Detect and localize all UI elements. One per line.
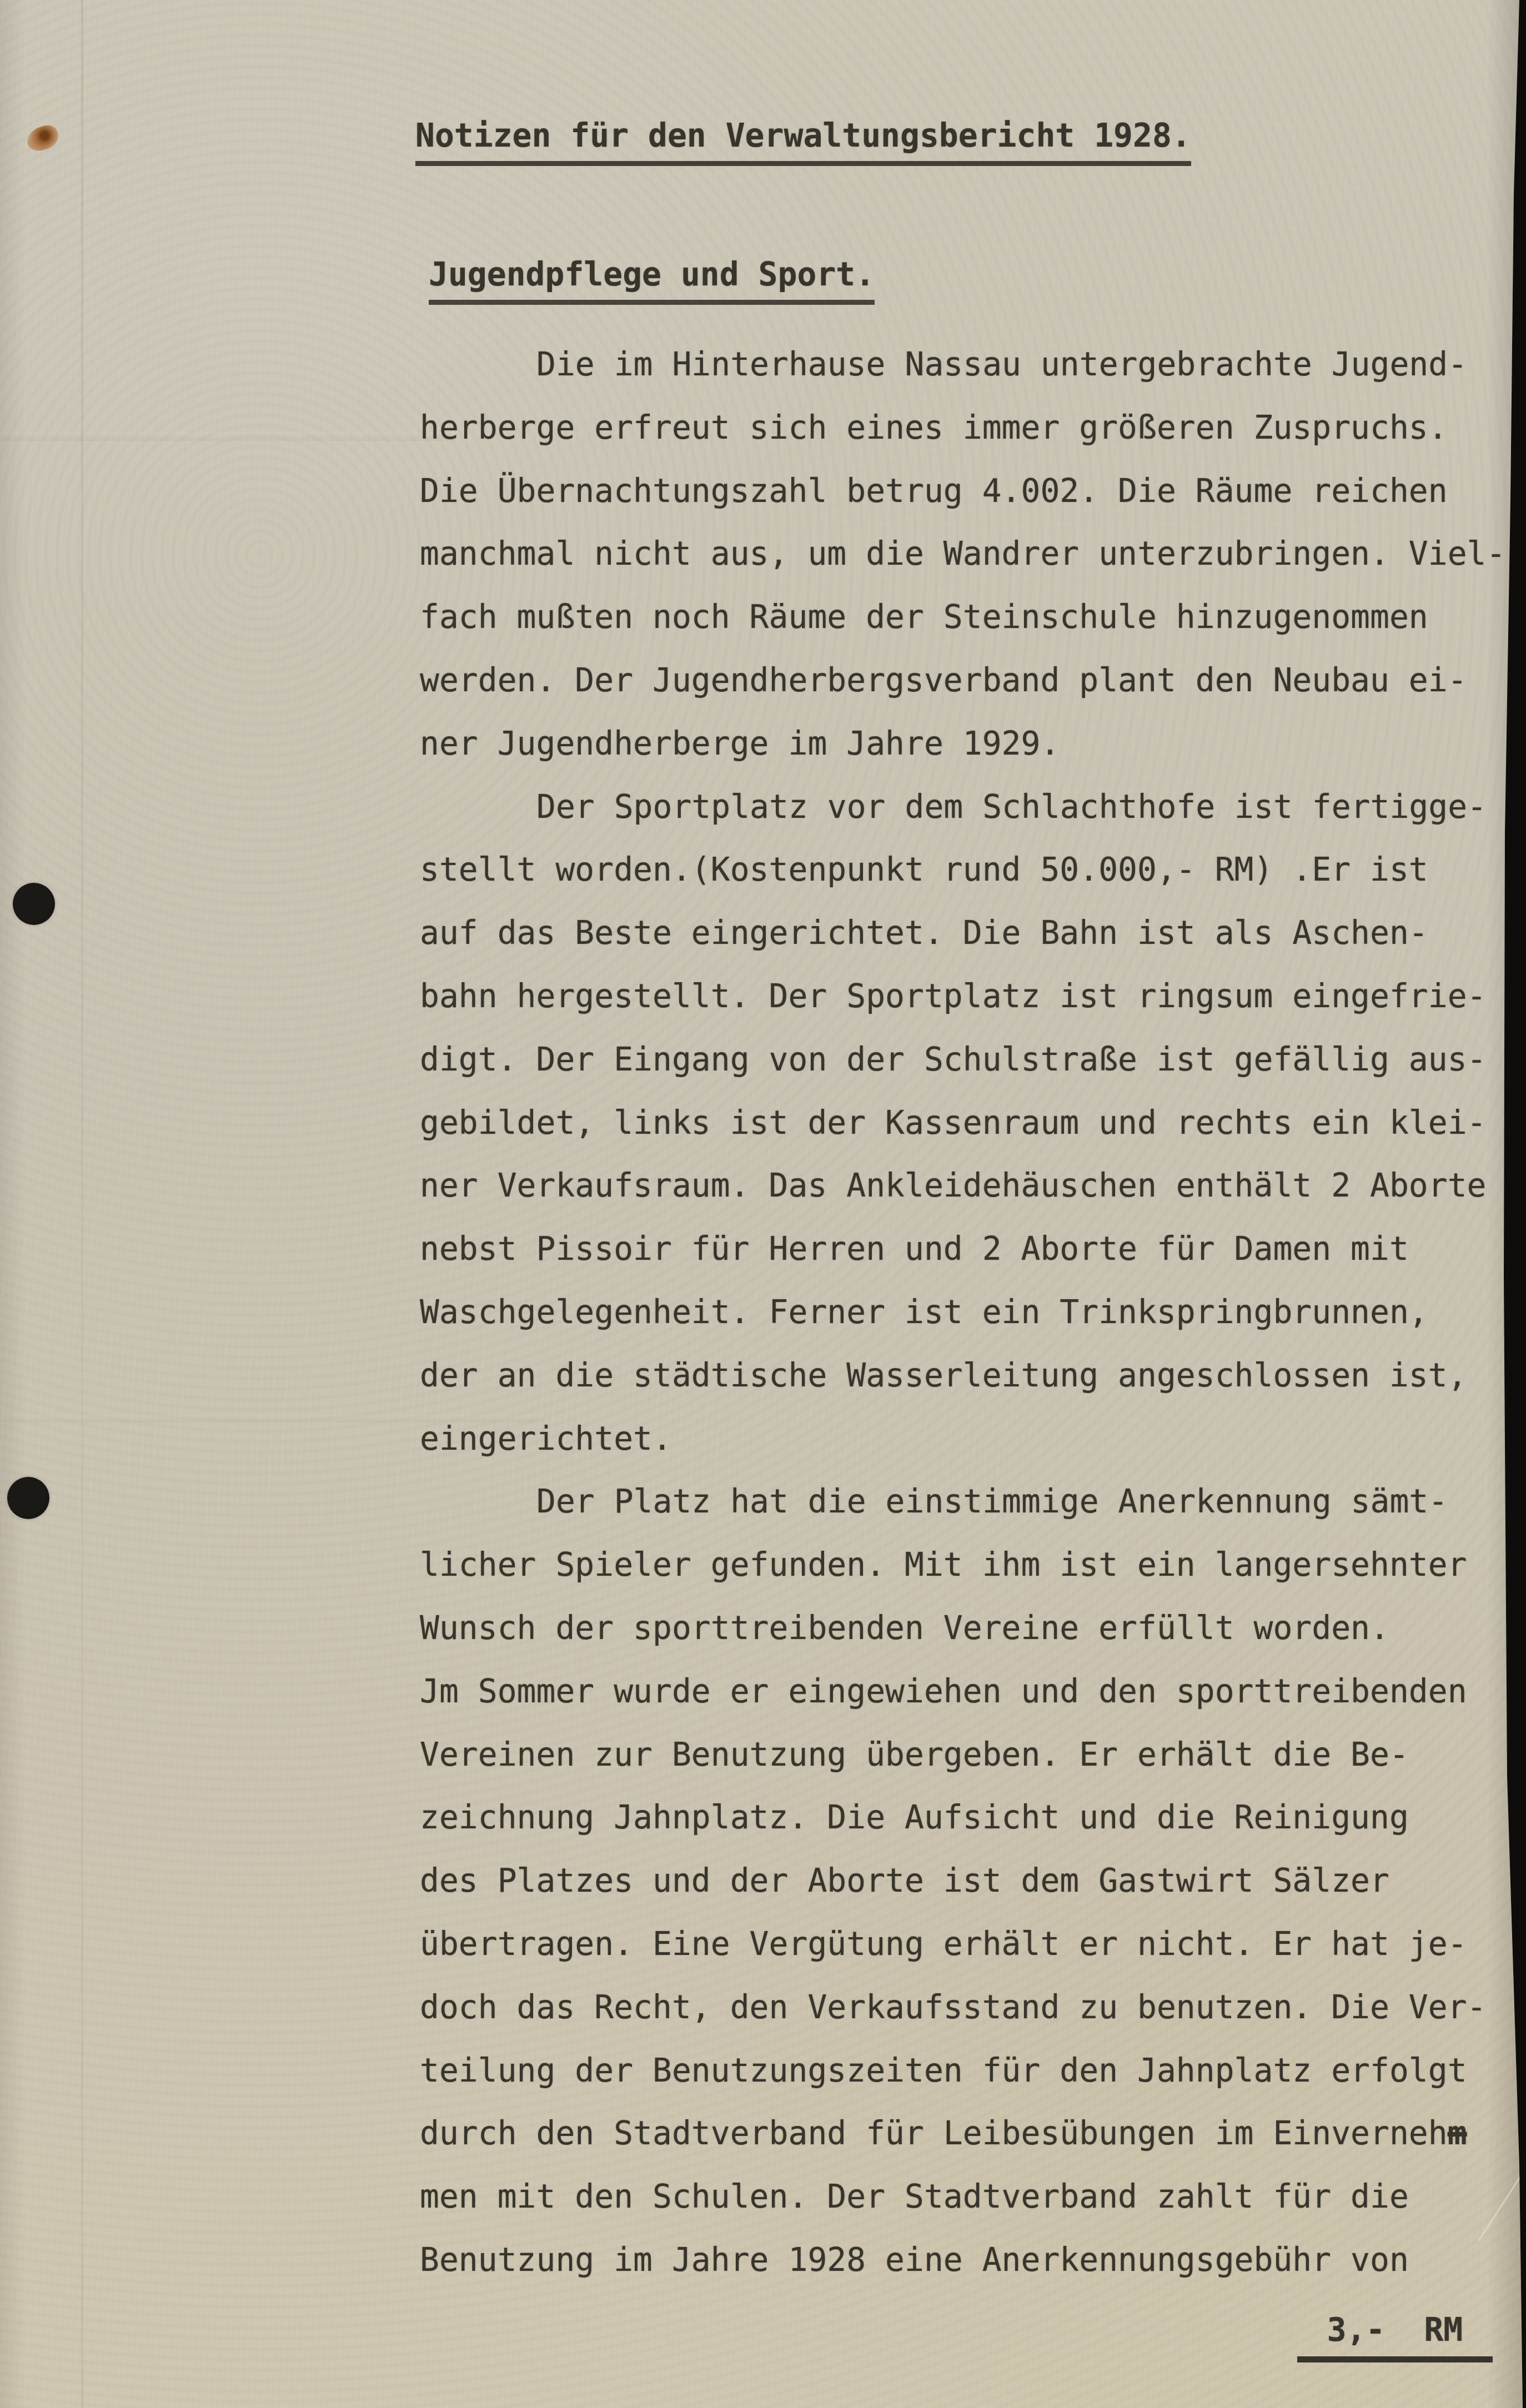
text-line: doch das Recht, den Verkaufsstand zu ben… bbox=[420, 1976, 1505, 2039]
text-line: durch den Stadtverband für Leibesübungen… bbox=[420, 2102, 1505, 2165]
paper-sheet: Notizen für den Verwaltungsbericht 1928.… bbox=[0, 0, 1526, 2408]
text-line: Vereinen zur Benutzung übergeben. Er erh… bbox=[420, 1723, 1505, 1787]
text-line: übertragen. Eine Vergütung erhält er nic… bbox=[420, 1913, 1505, 1976]
text-line: fach mußten noch Räume der Steinschule h… bbox=[420, 586, 1505, 649]
text-line: manchmal nicht aus, um die Wandrer unter… bbox=[420, 522, 1505, 586]
text-line: Jm Sommer wurde er eingewiehen und den s… bbox=[420, 1660, 1505, 1723]
punch-hole-bottom bbox=[7, 1477, 49, 1519]
text-line: men mit den Schulen. Der Stadtverband za… bbox=[420, 2165, 1505, 2229]
fee-amount: 3,- RM bbox=[1297, 2311, 1493, 2362]
text-line: Der Platz hat die einstimmige Anerkennun… bbox=[420, 1470, 1505, 1534]
horizontal-crease-top bbox=[0, 432, 455, 441]
section-heading: Jugendpflege und Sport. bbox=[429, 255, 875, 305]
text-line: bahn hergestellt. Der Sportplatz ist rin… bbox=[420, 965, 1505, 1028]
left-edge-shadow bbox=[0, 0, 26, 2408]
text-line: Der Sportplatz vor dem Schlachthofe ist … bbox=[420, 776, 1505, 839]
text-line: Waschgelegenheit. Ferner ist ein Trinksp… bbox=[420, 1281, 1505, 1344]
text-line: licher Spieler gefunden. Mit ihm ist ein… bbox=[420, 1534, 1505, 1597]
text-line: des Platzes und der Aborte ist dem Gastw… bbox=[420, 1849, 1505, 1913]
text-line: herberge erfreut sich eines immer größer… bbox=[420, 396, 1505, 460]
vertical-fold-crease bbox=[81, 0, 83, 2408]
text-line: Die Übernachtungszahl betrug 4.002. Die … bbox=[420, 460, 1505, 523]
text-line: zeichnung Jahnplatz. Die Aufsicht und di… bbox=[420, 1786, 1505, 1849]
text-line: Benutzung im Jahre 1928 eine Anerkennung… bbox=[420, 2229, 1505, 2292]
text-line: eingerichtet. bbox=[420, 1407, 1505, 1471]
punch-hole-top bbox=[13, 883, 55, 925]
text-line: auf das Beste eingerichtet. Die Bahn ist… bbox=[420, 902, 1505, 965]
text-line: ner Jugendherberge im Jahre 1929. bbox=[420, 712, 1505, 776]
text-line: nebst Pissoir für Herren und 2 Aborte fü… bbox=[420, 1218, 1505, 1281]
text-line: gebildet, links ist der Kassenraum und r… bbox=[420, 1092, 1505, 1155]
text-line: stellt worden.(Kostenpunkt rund 50.000,-… bbox=[420, 838, 1505, 902]
text-line: digt. Der Eingang von der Schulstraße is… bbox=[420, 1028, 1505, 1092]
text-line: teilung der Benutzungszeiten für den Jah… bbox=[420, 2039, 1505, 2103]
text-line: werden. Der Jugendherbergsverband plant … bbox=[420, 649, 1505, 712]
document-title: Notizen für den Verwaltungsbericht 1928. bbox=[415, 117, 1191, 166]
text-line: ner Verkaufsraum. Das Ankleidehäuschen e… bbox=[420, 1154, 1505, 1218]
text-line: Wunsch der sporttreibenden Vereine erfül… bbox=[420, 1597, 1505, 1660]
text-line: Die im Hinterhause Nassau untergebrachte… bbox=[420, 333, 1505, 396]
scan-background: { "document": { "title": "Notizen für de… bbox=[0, 0, 1526, 2408]
document-body: Die im Hinterhause Nassau untergebrachte… bbox=[420, 333, 1505, 2292]
text-line: der an die städtische Wasserleitung ange… bbox=[420, 1344, 1505, 1407]
